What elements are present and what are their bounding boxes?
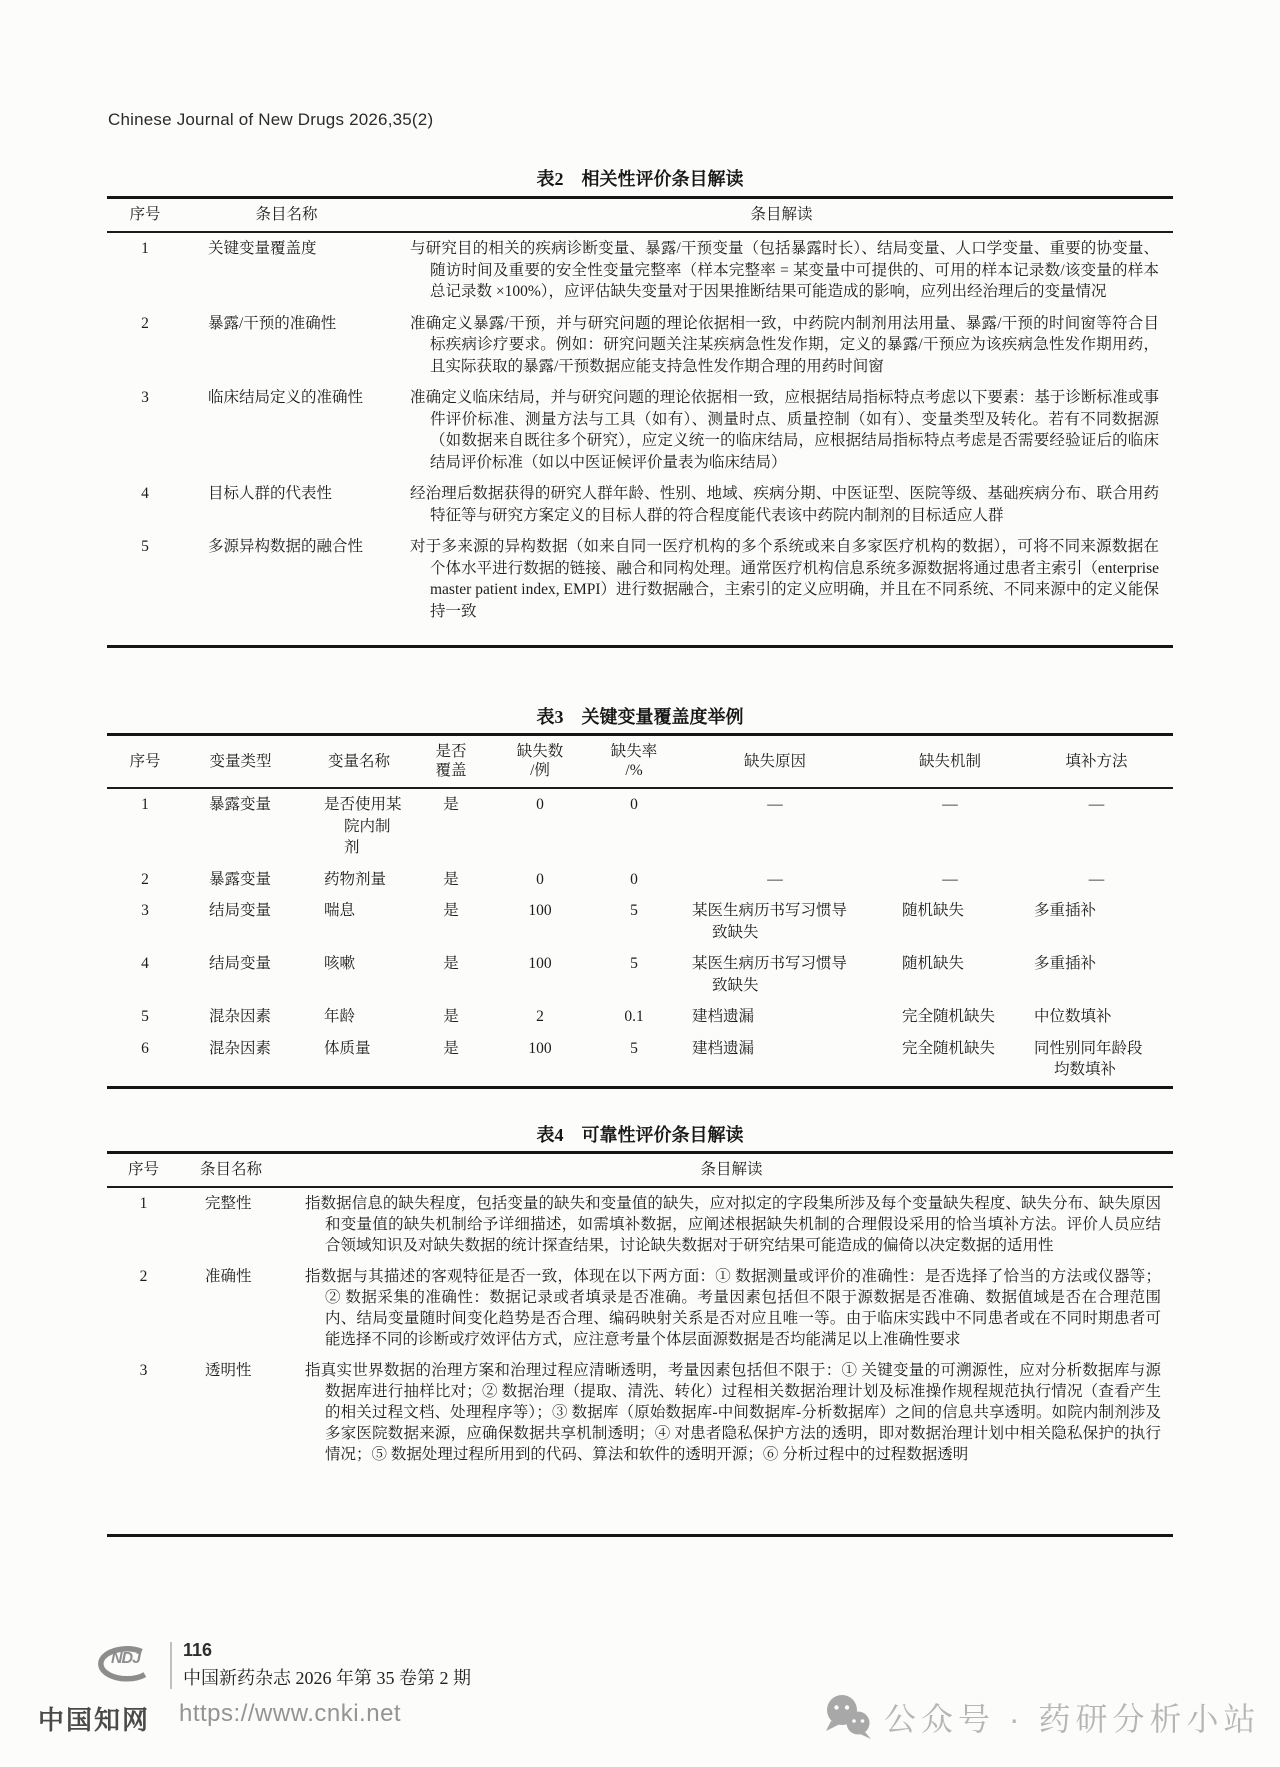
table3-header-reason: 缺失原因 [670, 736, 880, 788]
cell-reason: — [670, 864, 880, 896]
header-line2: /例 [482, 761, 598, 780]
cell-var-name: 是否使用某院内制剂 [298, 788, 420, 864]
cell-no: 6 [107, 1033, 183, 1086]
table-row: 4 结局变量 咳嗽 是 100 5 某医生病历书写习惯导致缺失 随机缺失 多重插… [107, 948, 1173, 1001]
table2-header-desc: 条目解读 [390, 199, 1173, 232]
cell-missing-n: 0 [482, 864, 598, 896]
cell-no: 4 [107, 948, 183, 1001]
cell-missing-rate: 5 [598, 948, 670, 1001]
table3-header-var-name: 变量名称 [298, 736, 420, 788]
cell-no: 5 [107, 1001, 183, 1033]
cell-missing-rate: 0 [598, 864, 670, 896]
table-row: 6 混杂因素 体质量 是 100 5 建档遗漏 完全随机缺失 同性别同年龄段均数… [107, 1033, 1173, 1086]
table-row: 4 目标人群的代表性 经治理后数据获得的研究人群年龄、性别、地域、疾病分期、中医… [107, 478, 1173, 531]
cell-item-name: 准确性 [180, 1261, 290, 1355]
wechat-icon [822, 1692, 876, 1740]
cell-no: 1 [107, 788, 183, 864]
journal-volume-line: 中国新药杂志 2026 年第 35 卷第 2 期 [183, 1664, 471, 1690]
header-line2: /% [598, 761, 670, 780]
cnki-brand-label: 中国知网 [38, 1700, 150, 1737]
table4-header-row: 序号 条目名称 条目解读 [107, 1154, 1173, 1187]
cell-item-name: 完整性 [180, 1187, 290, 1261]
cell-no: 2 [107, 308, 183, 383]
table3-header-mechanism: 缺失机制 [880, 736, 1020, 788]
header-line1: 缺失率 [598, 742, 670, 761]
cell-reason: 建档遗漏 [670, 1001, 880, 1033]
table3-header-row: 序号 变量类型 变量名称 是否 覆盖 缺失数 /例 缺失率 /% 缺失原因 缺失… [107, 736, 1173, 788]
cell-no: 5 [107, 531, 183, 627]
table3-grid: 序号 变量类型 变量名称 是否 覆盖 缺失数 /例 缺失率 /% 缺失原因 缺失… [107, 736, 1173, 1086]
cell-reason: 某医生病历书写习惯导致缺失 [670, 948, 880, 1001]
table2-grid: 序号 条目名称 条目解读 1 关键变量覆盖度 与研究目的相关的疾病诊断变量、暴露… [107, 199, 1173, 627]
cell-item-name: 关键变量覆盖度 [183, 232, 390, 308]
cell-method: 多重插补 [1020, 948, 1173, 1001]
table-row: 2 暴露/干预的准确性 准确定义暴露/干预，并与研究问题的理论依据相一致，中药院… [107, 308, 1173, 383]
cell-item-desc: 经治理后数据获得的研究人群年龄、性别、地域、疾病分期、中医证型、医院等级、基础疾… [390, 478, 1173, 531]
cell-missing-rate: 5 [598, 895, 670, 948]
table4-header-desc: 条目解读 [290, 1154, 1173, 1187]
cell-item-desc: 与研究目的相关的疾病诊断变量、暴露/干预变量（包括暴露时长）、结局变量、人口学变… [390, 232, 1173, 308]
cell-item-desc: 指数据信息的缺失程度，包括变量的缺失和变量值的缺失，应对拟定的字段集所涉及每个变… [290, 1187, 1173, 1261]
table-row: 2 暴露变量 药物剂量 是 0 0 — — — [107, 864, 1173, 896]
cell-item-name: 多源异构数据的融合性 [183, 531, 390, 627]
cell-method: 同性别同年龄段均数填补 [1020, 1033, 1173, 1086]
table4-header-no: 序号 [107, 1154, 180, 1187]
cell-mechanism: 完全随机缺失 [880, 1001, 1020, 1033]
cell-covered: 是 [420, 864, 482, 896]
cell-covered: 是 [420, 948, 482, 1001]
cell-item-desc: 对于多来源的异构数据（如来自同一医疗机构的多个系统或来自多家医疗机构的数据），可… [390, 531, 1173, 627]
cell-missing-n: 0 [482, 788, 598, 864]
cell-item-desc: 准确定义暴露/干预，并与研究问题的理论依据相一致，中药院内制剂用法用量、暴露/干… [390, 308, 1173, 383]
cell-var-name: 体质量 [298, 1033, 420, 1086]
cell-no: 1 [107, 232, 183, 308]
cell-covered: 是 [420, 1033, 482, 1086]
cell-missing-n: 100 [482, 1033, 598, 1086]
table4-title: 表4 可靠性评价条目解读 [107, 1121, 1173, 1147]
cell-missing-n: 100 [482, 895, 598, 948]
cell-method: 中位数填补 [1020, 1001, 1173, 1033]
cnki-url: https://www.cnki.net [179, 1700, 401, 1728]
cell-var-name: 药物剂量 [298, 864, 420, 896]
header-line2: 覆盖 [420, 761, 482, 780]
cell-item-name: 透明性 [180, 1355, 290, 1470]
cnki-logo-icon: NDJ [94, 1644, 158, 1686]
table2-header-no: 序号 [107, 199, 183, 232]
cell-covered: 是 [420, 788, 482, 864]
cell-missing-rate: 0.1 [598, 1001, 670, 1033]
cell-mechanism: 随机缺失 [880, 948, 1020, 1001]
cell-item-desc: 准确定义临床结局，并与研究问题的理论依据相一致，应根据结局指标特点考虑以下要素：… [390, 382, 1173, 478]
table3-header-method: 填补方法 [1020, 736, 1173, 788]
table-row: 1 关键变量覆盖度 与研究目的相关的疾病诊断变量、暴露/干预变量（包括暴露时长）… [107, 232, 1173, 308]
table2-title: 表2 相关性评价条目解读 [107, 165, 1173, 191]
cell-no: 4 [107, 478, 183, 531]
table3-header-var-type: 变量类型 [183, 736, 298, 788]
cell-mechanism: 随机缺失 [880, 895, 1020, 948]
cell-no: 2 [107, 864, 183, 896]
cell-missing-rate: 5 [598, 1033, 670, 1086]
table-row: 3 透明性 指真实世界数据的治理方案和治理过程应清晰透明，考量因素包括但不限于：… [107, 1355, 1173, 1470]
table-row: 1 完整性 指数据信息的缺失程度，包括变量的缺失和变量值的缺失，应对拟定的字段集… [107, 1187, 1173, 1261]
wechat-account-label: 公众号 · 药研分析小站 [884, 1694, 1260, 1740]
cell-missing-n: 2 [482, 1001, 598, 1033]
table-row: 3 结局变量 喘息 是 100 5 某医生病历书写习惯导致缺失 随机缺失 多重插… [107, 895, 1173, 948]
cell-var-type: 暴露变量 [183, 864, 298, 896]
cell-no: 3 [107, 895, 183, 948]
table3-header-no: 序号 [107, 736, 183, 788]
table-row: 2 准确性 指数据与其描述的客观特征是否一致，体现在以下两方面：① 数据测量或评… [107, 1261, 1173, 1355]
table-row: 5 混杂因素 年龄 是 2 0.1 建档遗漏 完全随机缺失 中位数填补 [107, 1001, 1173, 1033]
cell-item-name: 临床结局定义的准确性 [183, 382, 390, 478]
cell-item-desc: 指数据与其描述的客观特征是否一致，体现在以下两方面：① 数据测量或评价的准确性：… [290, 1261, 1173, 1355]
table3-title: 表3 关键变量覆盖度举例 [107, 703, 1173, 729]
header-line1: 是否 [420, 742, 482, 761]
table3-header-missing-rate: 缺失率 /% [598, 736, 670, 788]
cell-no: 3 [107, 1355, 180, 1470]
cell-missing-rate: 0 [598, 788, 670, 864]
cell-var-type: 结局变量 [183, 895, 298, 948]
cell-mechanism: — [880, 788, 1020, 864]
table4: 序号 条目名称 条目解读 1 完整性 指数据信息的缺失程度，包括变量的缺失和变量… [107, 1151, 1173, 1537]
cell-covered: 是 [420, 1001, 482, 1033]
cell-covered: 是 [420, 895, 482, 948]
cell-no: 3 [107, 382, 183, 478]
cell-method: — [1020, 788, 1173, 864]
table3-header-covered: 是否 覆盖 [420, 736, 482, 788]
cell-reason: 某医生病历书写习惯导致缺失 [670, 895, 880, 948]
table4-header-name: 条目名称 [180, 1154, 290, 1187]
cell-missing-n: 100 [482, 948, 598, 1001]
cell-method: — [1020, 864, 1173, 896]
table3-header-missing-n: 缺失数 /例 [482, 736, 598, 788]
table-row: 1 暴露变量 是否使用某院内制剂 是 0 0 — — — [107, 788, 1173, 864]
cell-var-type: 暴露变量 [183, 788, 298, 864]
table2-header-name: 条目名称 [183, 199, 390, 232]
cell-var-name: 喘息 [298, 895, 420, 948]
cell-reason: 建档遗漏 [670, 1033, 880, 1086]
svg-text:NDJ: NDJ [111, 1650, 142, 1667]
table3: 序号 变量类型 变量名称 是否 覆盖 缺失数 /例 缺失率 /% 缺失原因 缺失… [107, 733, 1173, 1089]
cell-reason: — [670, 788, 880, 864]
cell-mechanism: — [880, 864, 1020, 896]
page-number: 116 [183, 1640, 212, 1661]
table2-header-row: 序号 条目名称 条目解读 [107, 199, 1173, 232]
cell-item-name: 目标人群的代表性 [183, 478, 390, 531]
journal-header: Chinese Journal of New Drugs 2026,35(2) [108, 110, 433, 130]
cell-var-name: 年龄 [298, 1001, 420, 1033]
cell-method: 多重插补 [1020, 895, 1173, 948]
cell-no: 1 [107, 1187, 180, 1261]
cell-item-desc: 指真实世界数据的治理方案和治理过程应清晰透明，考量因素包括但不限于：① 关键变量… [290, 1355, 1173, 1470]
table2: 序号 条目名称 条目解读 1 关键变量覆盖度 与研究目的相关的疾病诊断变量、暴露… [107, 196, 1173, 648]
cell-var-type: 结局变量 [183, 948, 298, 1001]
footer-divider [170, 1642, 172, 1689]
cell-var-type: 混杂因素 [183, 1033, 298, 1086]
table-row: 3 临床结局定义的准确性 准确定义临床结局，并与研究问题的理论依据相一致，应根据… [107, 382, 1173, 478]
cell-no: 2 [107, 1261, 180, 1355]
header-line1: 缺失数 [482, 742, 598, 761]
cell-var-type: 混杂因素 [183, 1001, 298, 1033]
cell-mechanism: 完全随机缺失 [880, 1033, 1020, 1086]
cell-item-name: 暴露/干预的准确性 [183, 308, 390, 383]
table-row: 5 多源异构数据的融合性 对于多来源的异构数据（如来自同一医疗机构的多个系统或来… [107, 531, 1173, 627]
table4-grid: 序号 条目名称 条目解读 1 完整性 指数据信息的缺失程度，包括变量的缺失和变量… [107, 1154, 1173, 1470]
cell-var-name: 咳嗽 [298, 948, 420, 1001]
